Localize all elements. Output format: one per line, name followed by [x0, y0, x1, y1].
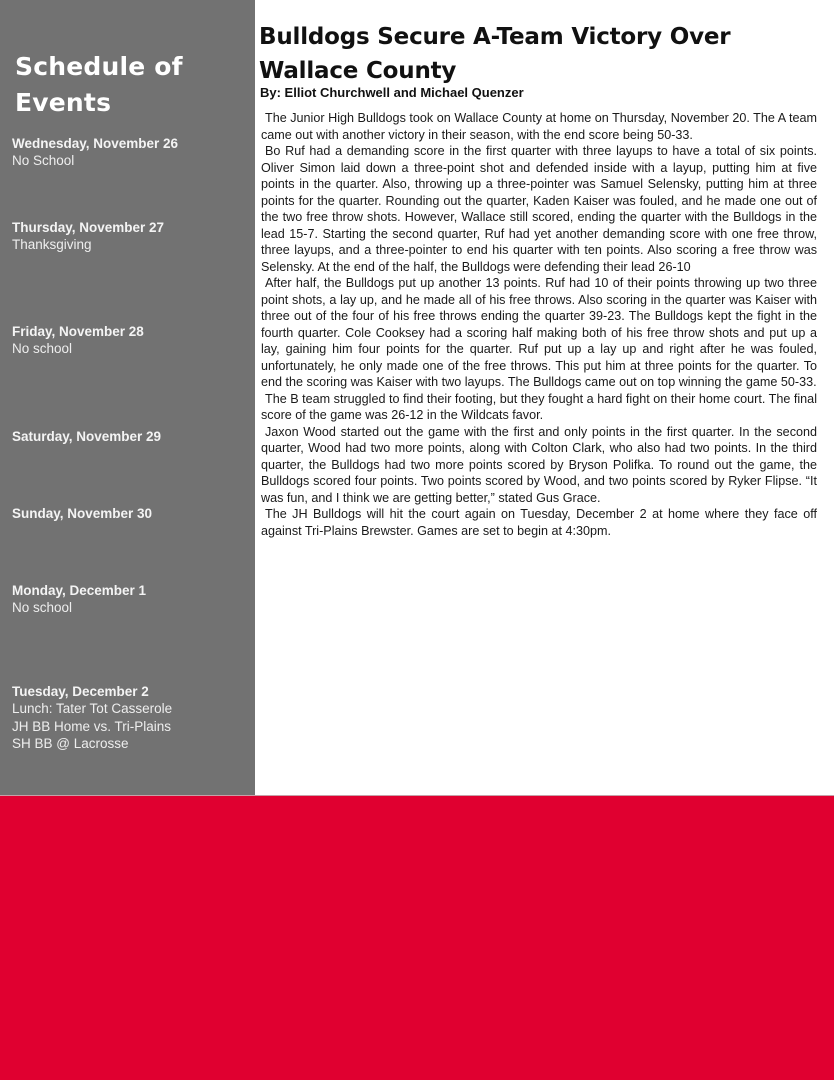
article-body: The Junior High Bulldogs took on Wallace…: [261, 110, 817, 539]
event-thu-nov-27: Thursday, November 27 Thanksgiving: [12, 219, 247, 254]
event-note: No School: [12, 152, 247, 170]
event-date: Friday, November 28: [12, 323, 247, 340]
event-date: Thursday, November 27: [12, 219, 247, 236]
event-note: No school: [12, 340, 247, 358]
event-date: Tuesday, December 2: [12, 683, 247, 700]
event-mon-dec-1: Monday, December 1 No school: [12, 582, 247, 617]
event-date: Wednesday, November 26: [12, 135, 247, 152]
event-date: Saturday, November 29: [12, 428, 247, 445]
event-note: JH BB Home vs. Tri-Plains: [12, 718, 247, 736]
article-paragraph: The B team struggled to find their footi…: [261, 391, 817, 424]
event-note: No school: [12, 599, 247, 617]
event-tue-dec-2: Tuesday, December 2 Lunch: Tater Tot Cas…: [12, 683, 247, 753]
event-fri-nov-28: Friday, November 28 No school: [12, 323, 247, 358]
article-paragraph: The Junior High Bulldogs took on Wallace…: [261, 110, 817, 143]
event-note: SH BB @ Lacrosse: [12, 735, 247, 753]
event-sun-nov-30: Sunday, November 30: [12, 505, 247, 522]
article: Bulldogs Secure A-Team Victory Over Wall…: [255, 0, 834, 795]
schedule-title: Schedule of Events: [15, 49, 245, 121]
article-paragraph: Bo Ruf had a demanding score in the firs…: [261, 143, 817, 275]
event-note: Lunch: Tater Tot Casserole: [12, 700, 247, 718]
event-date: Monday, December 1: [12, 582, 247, 599]
event-wed-nov-26: Wednesday, November 26 No School: [12, 135, 247, 170]
schedule-sidebar: Schedule of Events Wednesday, November 2…: [0, 0, 255, 795]
red-footer-band: [0, 796, 834, 1080]
article-byline: By: Elliot Churchwell and Michael Quenze…: [260, 84, 524, 101]
event-sat-nov-29: Saturday, November 29: [12, 428, 247, 445]
article-paragraph: Jaxon Wood started out the game with the…: [261, 424, 817, 507]
article-headline: Bulldogs Secure A-Team Victory Over Wall…: [259, 20, 829, 88]
event-note: Thanksgiving: [12, 236, 247, 254]
article-paragraph: The JH Bulldogs will hit the court again…: [261, 506, 817, 539]
event-date: Sunday, November 30: [12, 505, 247, 522]
article-paragraph: After half, the Bulldogs put up another …: [261, 275, 817, 391]
